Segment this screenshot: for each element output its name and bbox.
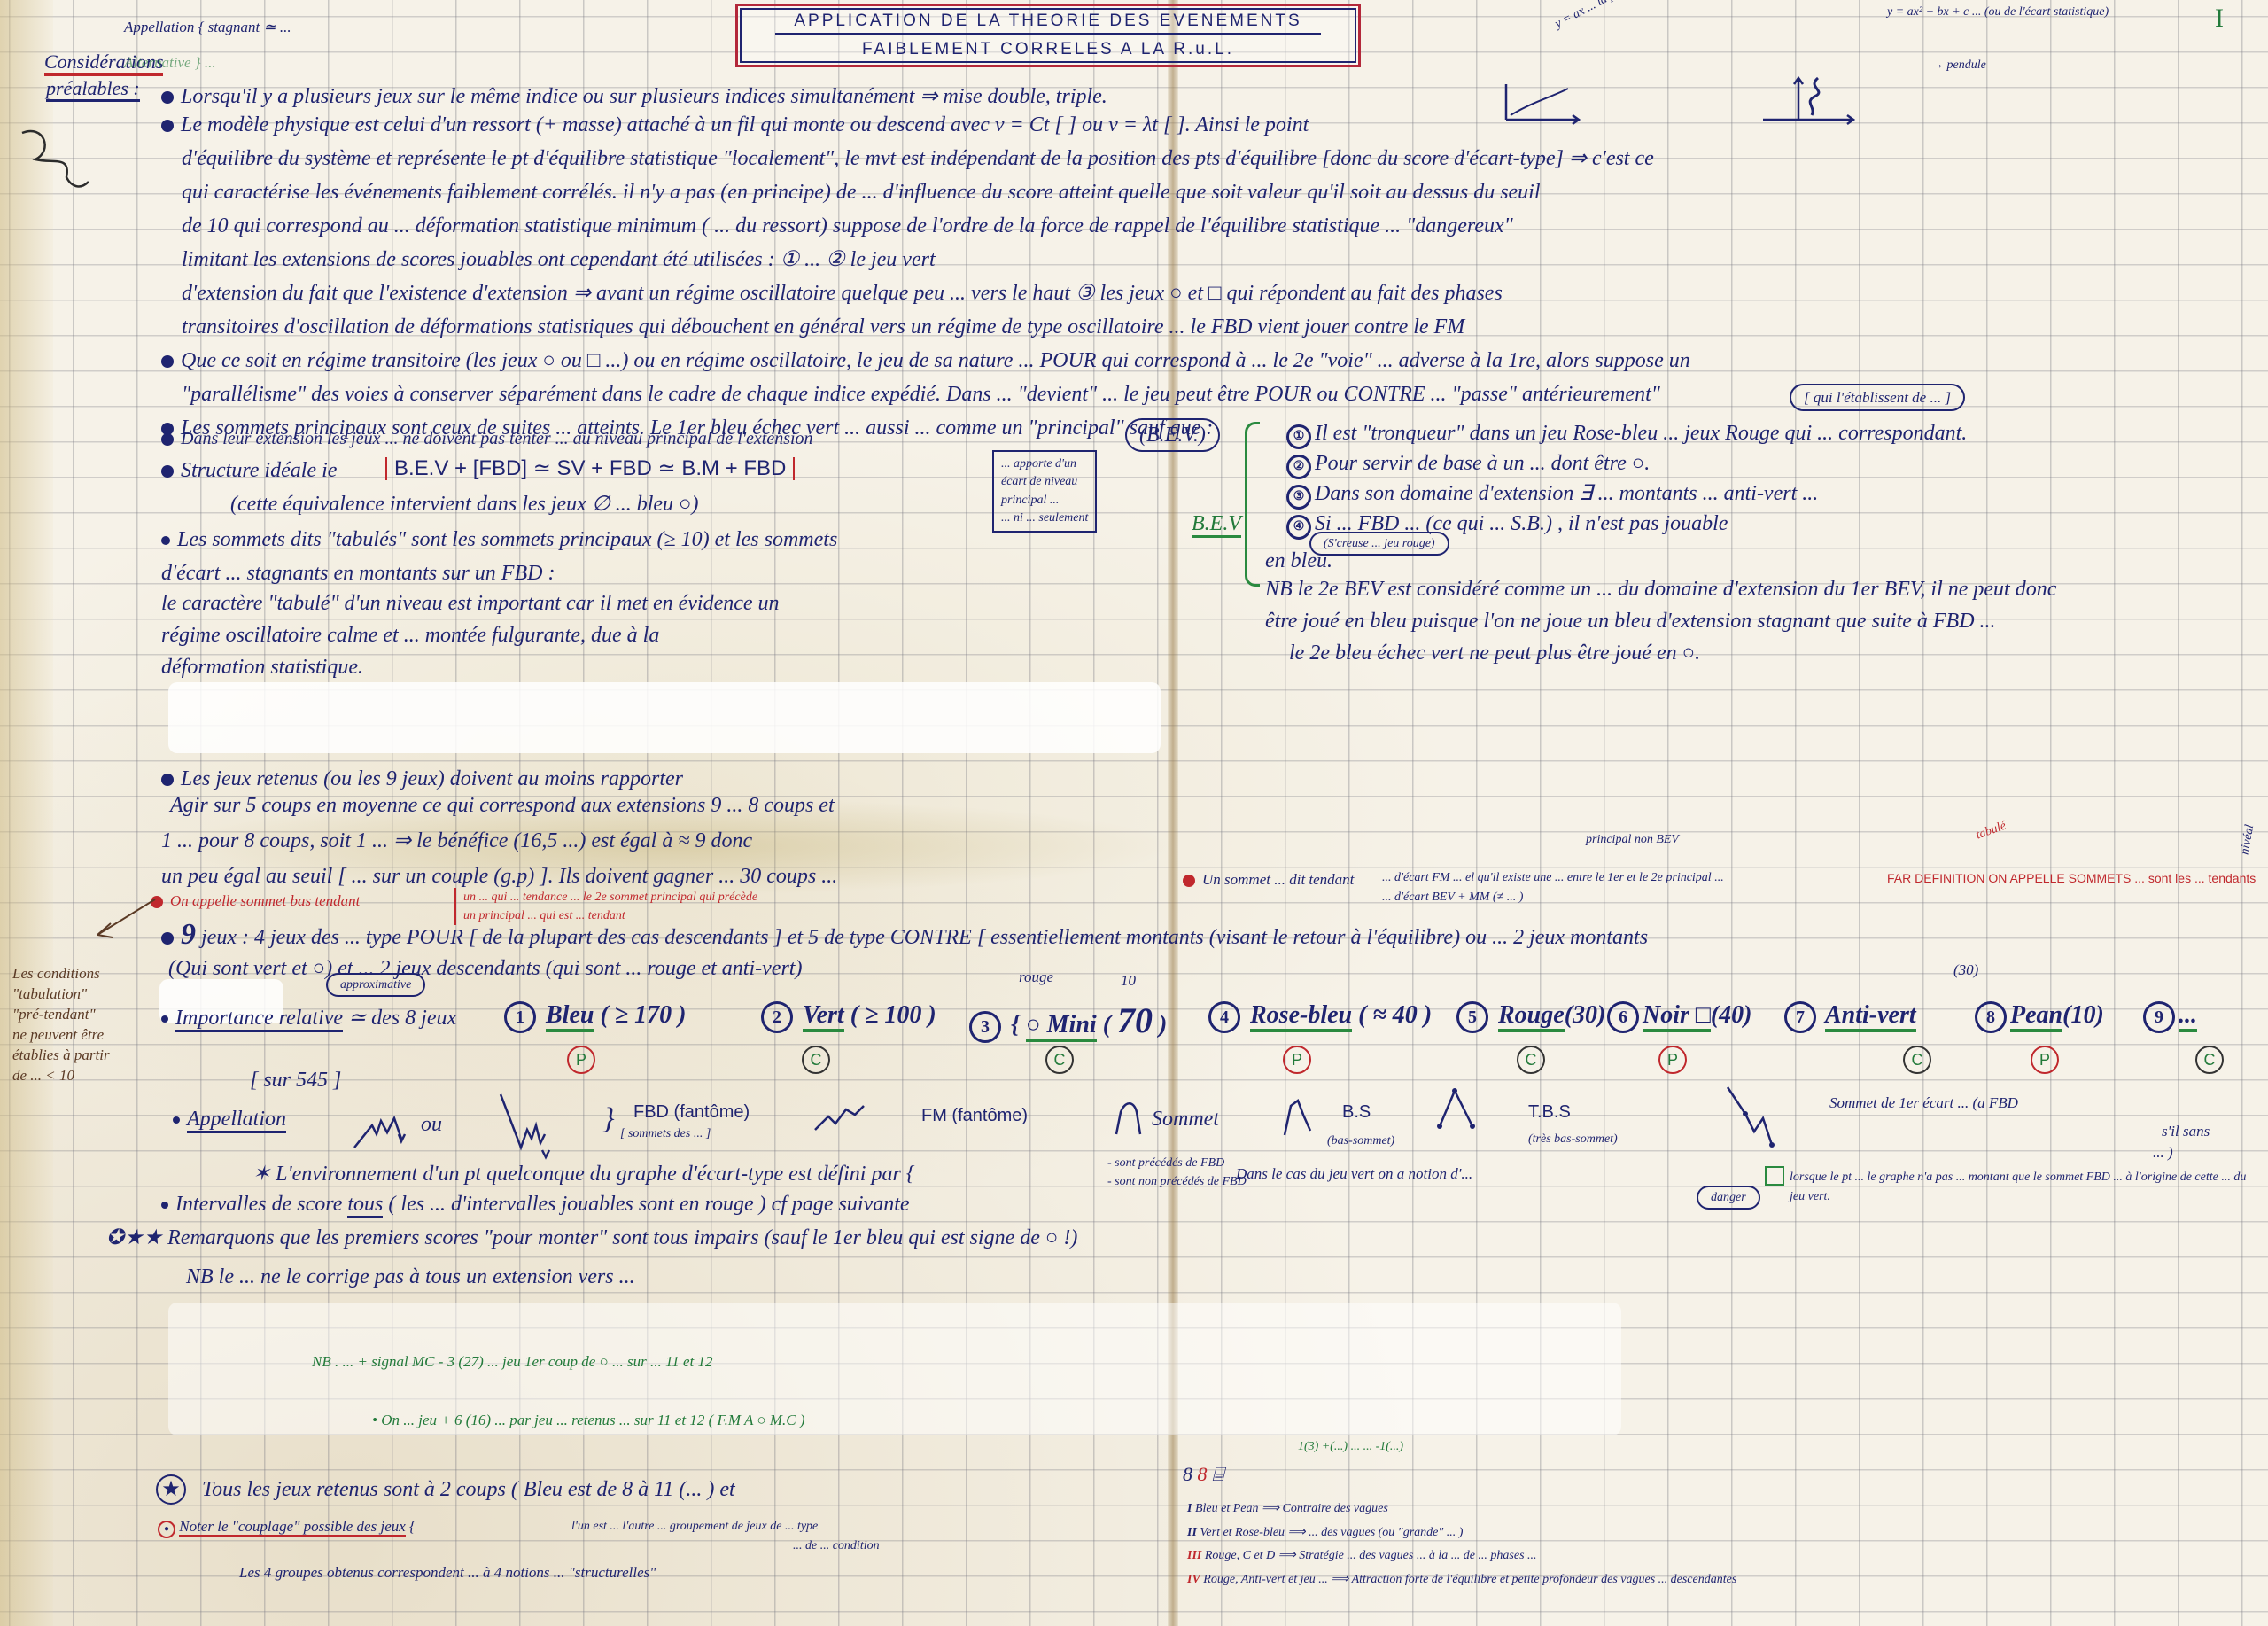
red-note-lead: On appelle sommet bas tendant: [151, 893, 360, 910]
tbs-sub: (très bas-sommet): [1528, 1132, 1618, 1146]
bullet-icon: [161, 1202, 168, 1209]
target-icon: ●: [158, 1521, 175, 1538]
game-5: 5 Rouge(30): [1453, 1001, 1605, 1033]
game-1: 1 Bleu ( ≥ 170 ): [501, 1001, 687, 1033]
game-7: 7 Anti-vert: [1781, 1001, 1916, 1033]
bullet-icon: [161, 91, 174, 104]
nb-right-line: NB le 2e BEV est considéré comme un ... …: [1265, 578, 2056, 601]
structure-formula: B.E.V + [FBD] ≃ SV + FBD ≃ B.M + FBD: [385, 457, 795, 480]
paragraph-line: Lorsqu'il y a plusieurs jeux sur le même…: [161, 85, 1107, 108]
tag-contre: C: [2195, 1046, 2224, 1074]
approx-box: approximative: [326, 978, 425, 992]
appellation-or: ou: [421, 1113, 442, 1136]
bev-point: ③Dans son domaine d'extension ∃ ... mont…: [1283, 482, 1818, 510]
middle-line: Agir sur 5 coups en moyenne ce qui corre…: [170, 794, 835, 817]
sketch-label-quadratic: y = ax² + bx + c ... (ou de l'écart stat…: [1887, 5, 2117, 19]
nine-games-line: 9 jeux : 4 jeux des ... type POUR [ de l…: [161, 918, 1648, 951]
side-box-note: ... apporte d'un écart de niveau princip…: [992, 450, 1097, 533]
importance-sub: [ sur 545 ]: [250, 1069, 341, 1092]
bottom-star-line: ★ Tous les jeux retenus sont à 2 coups (…: [156, 1474, 735, 1505]
sommet-label: Sommet: [1152, 1108, 1219, 1131]
appellation-right-note: s'il sans: [2162, 1124, 2210, 1140]
tag-pour: P: [2031, 1046, 2059, 1074]
green-note: 1(3) +(...) ... ... -1(...): [1298, 1440, 1403, 1453]
formula-note: (cette équivalence intervient dans les j…: [230, 493, 699, 516]
tag-pour: P: [1658, 1046, 1687, 1074]
legend-symbols-icon: 8 8 ⌸: [1183, 1464, 1223, 1485]
bottom-last-line: Les 4 groupes obtenus correspondent ... …: [239, 1565, 656, 1582]
bev-oval-note: (S'creuse ... jeu rouge): [1309, 537, 1449, 550]
bullet-icon: [173, 1116, 180, 1124]
game-3: 3 { ○ Mini ( 70 ): [966, 1001, 1167, 1043]
bullet-icon: [161, 774, 174, 786]
danger-oval: danger: [1697, 1191, 1760, 1204]
nine-games-sub: (Qui sont vert et ○) et ... 2 jeux desce…: [168, 957, 802, 980]
tbs-label: T.B.S: [1528, 1102, 1571, 1122]
game-7-sup: (30): [1953, 962, 1978, 979]
left-block-line: Les sommets dits "tabulés" sont les somm…: [161, 528, 837, 551]
fbd-label: FBD (fantôme): [633, 1102, 750, 1122]
bullet-icon: [161, 120, 174, 132]
intervals-line: Intervalles de score tous ( les ... d'in…: [161, 1193, 910, 1216]
bottom-note-items: l'un est ... l'autre ... groupement de j…: [571, 1517, 880, 1557]
bev-label: B.E.V: [1192, 512, 1241, 538]
game-8: 8Pean(10): [1971, 1001, 2104, 1033]
paragraph-line: transitoires d'oscillation de déformatio…: [182, 315, 1464, 338]
title-line-1: APPLICATION DE LA THEORIE DES EVENEMENTS: [775, 12, 1321, 35]
tag-contre: C: [802, 1046, 830, 1074]
left-block-line: le caractère "tabulé" d'un niveau est im…: [161, 592, 780, 615]
tag-contre: C: [1903, 1046, 1931, 1074]
bullet-icon: [161, 433, 174, 446]
bottom-note-lead: ● Noter le "couplage" possible des jeux …: [158, 1519, 416, 1538]
aside-appellation: Appellation { stagnant ≃ ...: [124, 19, 291, 36]
peak-sommet-icon: [1112, 1099, 1147, 1139]
middle-line: 1 ... pour 8 coups, soit 1 ... ⇒ le béné…: [161, 829, 752, 852]
paragraph-line: d'extension du fait que l'existence d'ex…: [182, 282, 1503, 305]
nb-right-line: être joué en bleu puisque l'on ne joue u…: [1265, 610, 1996, 633]
bullet-icon: [161, 465, 174, 478]
fm-sketch-icon: [811, 1099, 882, 1134]
stars-icon: ✪★★: [106, 1226, 162, 1249]
paragraph-line: de 10 qui correspond au ... déformation …: [182, 214, 1513, 237]
nb-right-line: le 2e bleu échec vert ne peut plus être …: [1289, 642, 1700, 665]
middle-line: Les jeux retenus (ou les 9 jeux) doivent…: [161, 767, 683, 790]
tag-contre: C: [1517, 1046, 1545, 1074]
page-marker: I: [2215, 4, 2224, 33]
green-note: NB . ... + signal MC - 3 (27) ... jeu 1e…: [312, 1354, 713, 1371]
aside-alternative: Alternative } ...: [124, 55, 216, 72]
margin-note: Les conditions "tabulation" "pré-tendant…: [12, 964, 110, 1086]
green-note: • On ... jeu + 6 (16) ... par jeu ... re…: [372, 1412, 805, 1429]
game-3-sup: 10: [1121, 973, 1136, 990]
paragraph-line: qui caractérise les événements faiblemen…: [182, 181, 1541, 204]
game-4: 4 Rose-bleu ( ≈ 40 ): [1205, 1001, 1432, 1033]
bev-bracket: [1245, 422, 1260, 587]
star-circle-icon: ★: [156, 1474, 186, 1505]
bs-peak-icon: [1280, 1095, 1316, 1140]
descent-icon: [496, 1090, 576, 1170]
margin-arrow-icon: [84, 895, 164, 948]
game-6: 6Noir □(40): [1604, 1001, 1751, 1033]
title-line-2: FAIBLEMENT CORRELES A LA R.u.L.: [738, 40, 1358, 59]
legend-right: I Bleu et Pean ⟹ Contraire des vagues II…: [1187, 1498, 1736, 1591]
paragraph-line: Structure idéale ie: [161, 459, 337, 482]
fm-label: FM (fantôme): [921, 1106, 1028, 1125]
page-title: APPLICATION DE LA THEORIE DES EVENEMENTS…: [735, 4, 1361, 67]
heading-prealables: préalables :: [46, 78, 140, 99]
bev-point: ①Il est "tronqueur" dans un jeu Rose-ble…: [1283, 422, 1967, 449]
tag-pour: P: [1283, 1046, 1311, 1074]
bullet-icon: [161, 536, 170, 545]
bev-oval: (B.E.V.): [1125, 424, 1220, 447]
margin-squiggle-icon: [18, 115, 97, 195]
tag-contre: C: [1045, 1046, 1074, 1074]
sketch-label-pendule: → pendule: [1931, 58, 1986, 72]
environment-line: ✶ L'environnement d'un pt quelconque du …: [252, 1163, 914, 1186]
environment-after: Dans le cas du jeu vert on a notion d'..…: [1236, 1166, 1472, 1183]
appellation-right-note: ... ): [2153, 1145, 2173, 1162]
bs-sub: (bas-sommet): [1327, 1134, 1394, 1148]
appellation-right-note: Sommet de 1er écart ... (a FBD: [1829, 1095, 2018, 1112]
paragraph-line: d'équilibre du système et représente le …: [182, 147, 1654, 170]
green-square-icon: [1765, 1166, 1784, 1186]
paragraph-line: Le modèle physique est celui d'un ressor…: [161, 113, 1309, 136]
left-block-line: régime oscillatoire calme et ... montée …: [161, 624, 659, 647]
middle-line: un peu égal au seuil [ ... sur un couple…: [161, 865, 837, 888]
paragraph-line: Dans leur extension les jeux ... ne doiv…: [161, 429, 813, 448]
tag-pour: P: [567, 1046, 595, 1074]
nb-line: NB le ... ne le corrige pas à tous un ex…: [186, 1265, 635, 1288]
importance-label: Importance relative ≃ des 8 jeux: [161, 1007, 456, 1030]
game-2: 2 Vert ( ≥ 100 ): [757, 1001, 936, 1033]
paragraph-line: Que ce soit en régime transitoire (les j…: [161, 349, 1690, 372]
tag-principal: principal non BEV: [1586, 833, 1679, 846]
right-red-note-items: ... d'écart FM ... el qu'il existe une .…: [1382, 868, 1724, 908]
environment-items: - sont précédés de FBD - sont non précéd…: [1107, 1154, 1247, 1191]
definition-red: FAR DEFINITION ON APPELLE SOMMETS ... so…: [1887, 872, 2259, 885]
game-3-note: rouge: [1019, 969, 1053, 986]
remark-line: ✪★★ Remarquons que les premiers scores "…: [106, 1226, 1077, 1249]
right-top-oval-note: [ qui l'établissent de ... ]: [1099, 390, 1965, 407]
bullet-icon: [161, 355, 174, 368]
spring-diagram-icon: [1497, 71, 1869, 124]
red-dot-icon: [1183, 875, 1195, 887]
paragraph-line: limitant les extensions de scores jouabl…: [182, 248, 936, 271]
brace-icon: }: [602, 1102, 615, 1135]
tbs-peak-icon: [1435, 1086, 1488, 1140]
bev-point: ②Pour servir de base à un ... dont être …: [1283, 452, 1650, 479]
danger-note: lorsque le pt ... le graphe n'a pas ... …: [1790, 1168, 2250, 1208]
bullet-icon: [161, 1015, 168, 1023]
bs-label: B.S: [1342, 1102, 1371, 1122]
left-block-line: déformation statistique.: [161, 656, 363, 679]
paper-edge: [0, 0, 53, 1626]
right-red-note-lead: Un sommet ... dit tendant: [1183, 872, 1354, 889]
game-9: 9...: [2140, 1001, 2197, 1033]
fbd-sub: [ sommets des ... ]: [620, 1127, 711, 1140]
descending-zigzag-icon: [1723, 1083, 1794, 1163]
whiteout-patch: [168, 682, 1161, 753]
left-block-line: d'écart ... stagnants en montants sur un…: [161, 562, 555, 585]
appellation-label: Appellation: [173, 1108, 286, 1131]
